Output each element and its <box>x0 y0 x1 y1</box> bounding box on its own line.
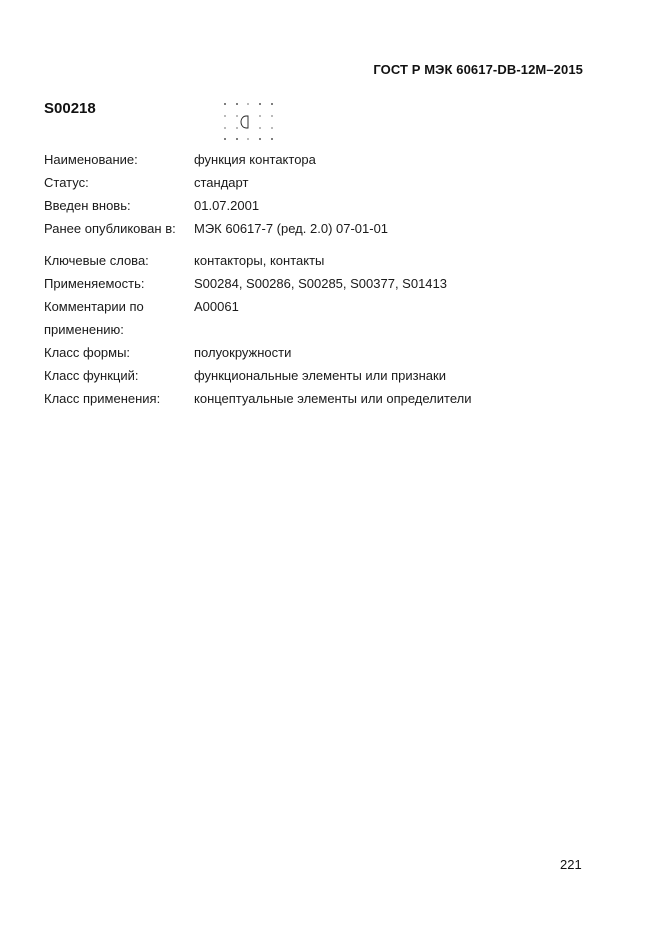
field-row-keywords: Ключевые слова: контакторы, контакты <box>44 249 604 272</box>
field-label: Ключевые слова: <box>44 249 194 272</box>
field-value: 01.07.2001 <box>194 194 604 217</box>
document-header: ГОСТ Р МЭК 60617-DB-12M–2015 <box>373 62 583 77</box>
field-label: Класс формы: <box>44 341 194 364</box>
field-row-application-class: Класс применения: концептуальные элемент… <box>44 387 604 410</box>
field-label: Применяемость: <box>44 272 194 295</box>
field-row-application-notes: Комментарии по A00061 <box>44 295 604 318</box>
field-value: функция контактора <box>194 148 604 171</box>
field-value: МЭК 60617-7 (ред. 2.0) 07-01-01 <box>194 217 604 240</box>
field-value: A00061 <box>194 295 604 318</box>
field-row-name: Наименование: функция контактора <box>44 148 604 171</box>
field-value: S00284, S00286, S00285, S00377, S01413 <box>194 272 604 295</box>
field-label: применению: <box>44 318 194 341</box>
field-value: полуокружности <box>194 341 604 364</box>
field-label: Наименование: <box>44 148 194 171</box>
field-row-previously-published: Ранее опубликован в: МЭК 60617-7 (ред. 2… <box>44 217 604 240</box>
field-label: Введен вновь: <box>44 194 194 217</box>
symbol-code: S00218 <box>44 100 96 117</box>
field-label: Класс применения: <box>44 387 194 410</box>
field-value: концептуальные элементы или определители <box>194 387 604 410</box>
page-number: 221 <box>560 857 582 872</box>
field-row-applicability: Применяемость: S00284, S00286, S00285, S… <box>44 272 604 295</box>
half-circle-symbol-icon <box>220 99 280 145</box>
field-value: контакторы, контакты <box>194 249 604 272</box>
field-value: стандарт <box>194 171 604 194</box>
field-row-function-class: Класс функций: функциональные элементы и… <box>44 364 604 387</box>
field-row-application-notes-cont: применению: <box>44 318 604 341</box>
section-gap <box>44 240 604 249</box>
field-value <box>194 318 604 341</box>
field-row-status: Статус: стандарт <box>44 171 604 194</box>
symbol-attributes: Наименование: функция контактора Статус:… <box>44 148 604 410</box>
field-value: функциональные элементы или признаки <box>194 364 604 387</box>
field-label: Ранее опубликован в: <box>44 217 194 240</box>
field-label: Статус: <box>44 171 194 194</box>
field-row-introduced: Введен вновь: 01.07.2001 <box>44 194 604 217</box>
field-label: Комментарии по <box>44 295 194 318</box>
field-label: Класс функций: <box>44 364 194 387</box>
field-row-shape-class: Класс формы: полуокружности <box>44 341 604 364</box>
